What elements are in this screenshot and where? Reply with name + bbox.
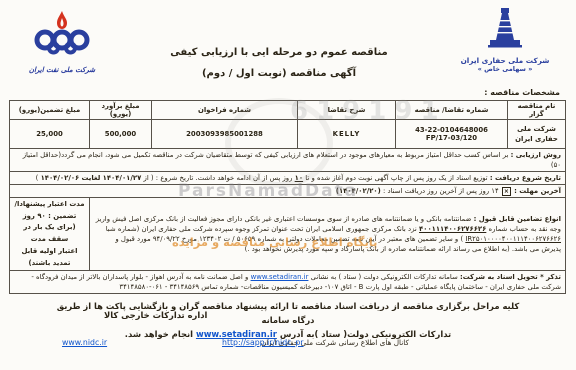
col-header-estimate: مبلغ برآورد (یورو)	[90, 101, 152, 120]
tender-title-line1: مناقصه عموم دو مرحله ایی با ارزیابی کیفی	[170, 42, 387, 63]
evaluation-method-row: روش ارزیابی : بر اساس کسب حداقل امتیاز م…	[10, 149, 566, 172]
footer-links-row: کانال های اطلاع رسانی شرکت ملی حفاری ایر…	[0, 338, 576, 352]
col-header-guarantee: مبلغ تضمین(یورو)	[10, 101, 90, 120]
receipt-start-text4: )	[36, 174, 39, 182]
document-header: شرکت ملی حفاری ایران « سهامی خاص » مناقص…	[0, 0, 576, 84]
validity-line4: اعتبار اولیه قابل تمدید باشند)	[14, 246, 85, 269]
guarantee-types-label: انواع تضامین قابل قبول :	[474, 215, 561, 223]
guarantee-types-text2: نزد بانک مرکزی جمهوری اسلامی ایران تحت ع…	[106, 225, 417, 233]
drilling-rig-icon	[487, 35, 523, 54]
guarantee-amount-cell: 25,000	[10, 120, 90, 149]
tenderer-name-line1: شرکت ملی	[512, 124, 561, 134]
validity-line3: (برای یک بار در سقف مدت	[14, 222, 85, 245]
deadline-date: (۱۴۰۴/۰۲/۲۰)	[336, 187, 381, 195]
guarantee-types-row: انواع تضامین قابل قبول : ضمانتنامه بانکی…	[10, 198, 566, 271]
nioc-company-name: شرکت ملی نفت ایران	[12, 66, 112, 75]
deadline-text: ۱۴ روز پس از آخرین روز دریافت اسناد :	[383, 187, 499, 195]
nidc-website-link[interactable]: www.nidc.ir	[62, 338, 107, 347]
call-number-cell: 2003093985001288	[152, 120, 298, 149]
tenderer-name-cell: شرکت ملی حفاری ایران	[508, 120, 566, 149]
tender-title: مناقصه عموم دو مرحله ایی با ارزیابی کیفی…	[170, 8, 387, 84]
document-delivery-note-cell: تذکر * تحویل اسناد به شرکت: سامانه تدارک…	[10, 271, 566, 294]
guarantee-types-cell: انواع تضامین قابل قبول : ضمانتنامه بانکی…	[90, 198, 566, 271]
estimate-amount-cell: 500,000	[90, 120, 152, 149]
tender-specs-table: نام مناقصه گزار شماره تقاضا/ مناقصه شرح …	[9, 100, 566, 294]
delivery-note-label: تذکر * تحویل اسناد به شرکت:	[460, 273, 561, 281]
evaluation-method-cell: روش ارزیابی : بر اساس کسب حداقل امتیاز م…	[10, 149, 566, 172]
bank-account-number: ۴۰۰۱۱۱۴۰۰۶۲۷۶۶۲۶	[419, 225, 486, 233]
nidc-logo-block: شرکت ملی حفاری ایران « سهامی خاص »	[446, 8, 564, 74]
nidc-company-subtitle: « سهامی خاص »	[446, 65, 564, 74]
request-number-line1: 43-22-0104648006	[400, 126, 503, 134]
description-cell: KELLY	[298, 120, 396, 149]
receipt-start-date-to: ۱۴۰۴/۰۲/۰۶	[41, 174, 80, 182]
validity-period-cell: مدت اعتبار پیشنهادا/ تضمین : ۹۰ روز (برا…	[10, 198, 90, 271]
request-number-cell: 43-22-0104648006 FP/17-03/120	[396, 120, 508, 149]
receipt-start-date-cell: تاریخ شروع دریافت : توزیع اسناد از یک رو…	[10, 172, 566, 185]
sapp-channel-link[interactable]: http://sapp.ir/nidc_pr	[222, 338, 304, 347]
col-header-call-number: شماره فراخوان	[152, 101, 298, 120]
deadline-cell: آخرین مهلت : × ۱۴ روز پس از آخرین روز در…	[10, 185, 566, 198]
department-name: اداره تدارکات خارجی کالا	[104, 310, 207, 320]
receipt-start-text1: توزیع اسناد از یک روز پس از چاپ آگهی نوب…	[305, 174, 487, 182]
table-header-row: نام مناقصه گزار شماره تقاضا/ مناقصه شرح …	[10, 101, 566, 120]
request-number-line2: FP/17-03/120	[400, 134, 503, 142]
deadline-row: آخرین مهلت : × ۱۴ روز پس از آخرین روز در…	[10, 185, 566, 198]
document-delivery-note-row: تذکر * تحویل اسناد به شرکت: سامانه تدارک…	[10, 271, 566, 294]
deadline-label: آخرین مهلت :	[514, 187, 561, 195]
evaluation-method-text: بر اساس کسب حداقل امتیاز مربوط به معیاره…	[23, 151, 561, 169]
validity-line1: مدت اعتبار پیشنهادا/	[14, 199, 85, 211]
delivery-note-text1: سامانه تدارکات الکترونیکی دولت ( ستاد ) …	[311, 273, 458, 281]
receipt-start-text2: روز پس از آن ادامه خواهد داشت. تاریخ شرو…	[144, 174, 293, 182]
col-header-request-number: شماره تقاضا/ مناقصه	[396, 101, 508, 120]
tenderer-name-line2: حفاری ایران	[512, 134, 561, 144]
nioc-logo-block: شرکت ملی نفت ایران	[12, 8, 112, 75]
tender-specs-label: مشخصات مناقصه :	[0, 84, 576, 100]
setadiran-link[interactable]: www.setadiran.ir	[251, 273, 309, 281]
process-paragraph: کلیه مراحل برگزاری مناقصه از دریافت اسنا…	[0, 300, 576, 342]
table-value-row: شرکت ملی حفاری ایران 43-22-0104648006 FP…	[10, 120, 566, 149]
receipt-start-date-from: ۱۴۰۴/۰۱/۲۷	[103, 174, 142, 182]
receipt-start-date-row: تاریخ شروع دریافت : توزیع اسناد از یک رو…	[10, 172, 566, 185]
receipt-start-text3: لغایت	[81, 174, 100, 182]
checked-checkbox-icon: ×	[502, 187, 511, 196]
validity-line2: تضمین : ۹۰ روز	[14, 211, 85, 223]
evaluation-method-label: روش ارزیابی :	[511, 151, 561, 159]
iban-number: IR۲۵۰۱۰۰۰۰۴۰۰۱۱۱۴۰۰۶۲۷۶۶۲۶	[465, 235, 561, 243]
receipt-start-days: ۱۰	[295, 174, 303, 182]
nidc-company-name: شرکت ملی حفاری ایران	[446, 56, 564, 66]
col-header-description: شرح تقاضا	[298, 101, 396, 120]
col-header-tenderer: نام مناقصه گزار	[508, 101, 566, 120]
tender-title-line2: آگهی مناقصه (نوبت اول / دوم)	[170, 63, 387, 84]
receipt-start-label: تاریخ شروع دریافت :	[490, 174, 561, 182]
oil-company-flame-icon	[33, 45, 91, 64]
tender-announcement-document: 619191 ParsNamadData پایگاه اطلاع رسانی …	[0, 0, 576, 370]
